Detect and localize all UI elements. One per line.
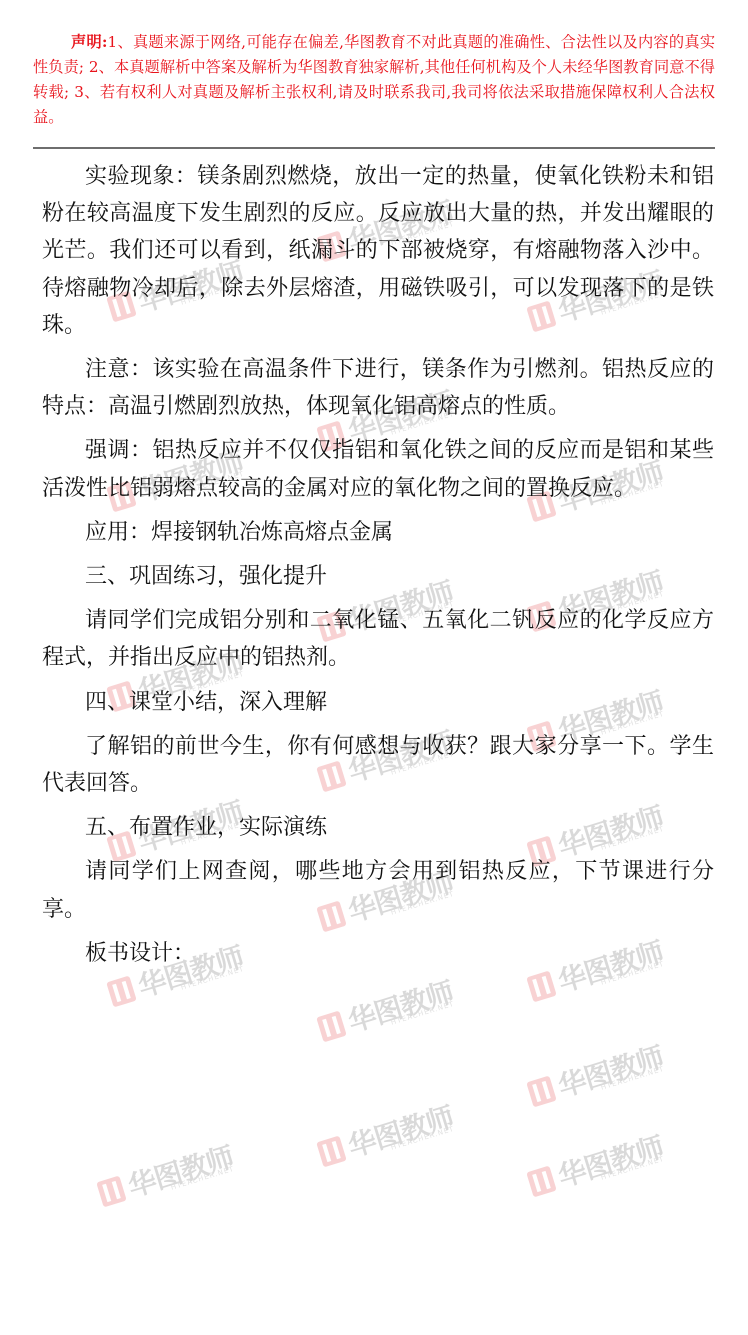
paragraph-summary: 了解铝的前世今生，你有何感想与收获？跟大家分享一下。学生代表回答。 [42, 728, 714, 802]
paragraph-emphasis: 强调：铝热反应并不仅仅指铝和氧化铁之间的反应而是铝和某些活泼性比铝弱熔点较高的金… [42, 432, 714, 506]
watermark: 华图教师HTEACHER.NET [314, 1096, 458, 1175]
watermark-logo-icon [316, 1011, 347, 1043]
paragraph-note: 注意：该实验在高温条件下进行，镁条作为引燃剂。铝热反应的特点：高温引燃剧烈放热，… [42, 351, 714, 425]
section-heading-board-design: 板书设计： [42, 935, 714, 972]
section-heading-summary: 四、课堂小结，深入理解 [42, 684, 714, 721]
watermark-logo-icon [316, 1136, 347, 1168]
document-body: 实验现象：镁条剧烈燃烧，放出一定的热量，使氧化铁粉未和铝粉在较高温度下发生剧烈的… [42, 158, 714, 979]
separator-line [33, 147, 715, 149]
watermark: 华图教师HTEACHER.NET [94, 1136, 238, 1215]
watermark: 华图教师HTEACHER.NET [524, 1036, 668, 1115]
disclaimer: 声明:1、真题来源于网络,可能存在偏差,华图教育不对此真题的准确性、合法性以及内… [33, 30, 715, 130]
paragraph-practice: 请同学们完成铝分别和二氧化锰、五氧化二钒反应的化学反应方程式，并指出反应中的铝热… [42, 602, 714, 676]
watermark-logo-icon [96, 1176, 127, 1208]
section-heading-homework: 五、布置作业，实际演练 [42, 809, 714, 846]
section-heading-practice: 三、巩固练习，强化提升 [42, 558, 714, 595]
paragraph-application: 应用：焊接钢轨冶炼高熔点金属 [42, 514, 714, 551]
watermark-logo-icon [106, 976, 137, 1008]
watermark: 华图教师HTEACHER.NET [524, 1126, 668, 1205]
watermark-logo-icon [526, 1076, 557, 1108]
watermark: 华图教师HTEACHER.NET [314, 971, 458, 1050]
watermark-logo-icon [526, 1166, 557, 1198]
paragraph-homework: 请同学们上网查阅，哪些地方会用到铝热反应，下节课进行分享。 [42, 853, 714, 927]
disclaimer-label: 声明: [71, 33, 108, 51]
paragraph-phenomenon: 实验现象：镁条剧烈燃烧，放出一定的热量，使氧化铁粉未和铝粉在较高温度下发生剧烈的… [42, 158, 714, 344]
disclaimer-text: 1、真题来源于网络,可能存在偏差,华图教育不对此真题的准确性、合法性以及内容的真… [33, 33, 715, 126]
